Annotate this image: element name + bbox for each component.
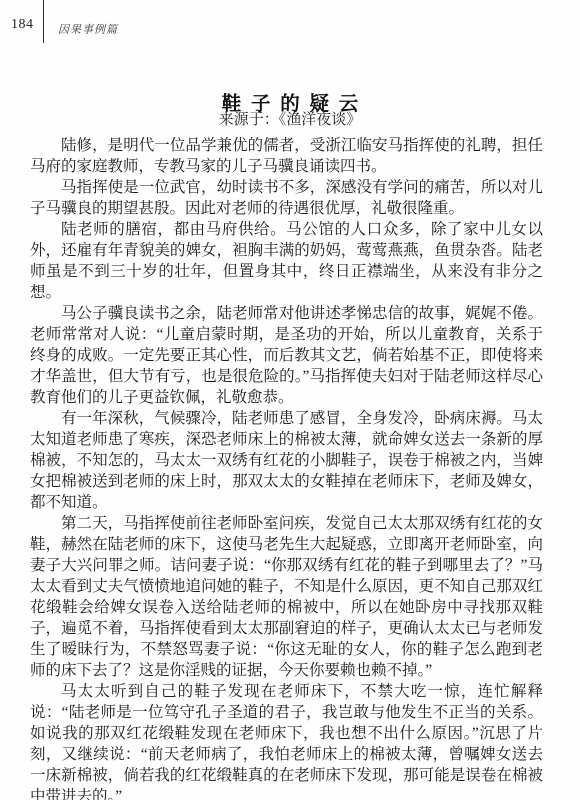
body-paragraph: 马太太听到自己的鞋子发现在老师床下，不禁大吃一惊，连忙解释说：“陆老师是一位笃守…: [30, 681, 543, 800]
chapter-running-head: 因果事例篇: [58, 21, 118, 37]
body-paragraph: 陆修，是明代一位品学兼优的儒者，受浙江临安马指挥使的礼聘，担任马府的家庭教师，专…: [30, 135, 543, 177]
book-page: 184 因果事例篇 鞋子的疑云 来源于：《渔洋夜谈》 陆修，是明代一位品学兼优的…: [0, 0, 580, 800]
body-paragraph: 第二天，马指挥使前往老师卧室问疾，发觉自己太太那双绣有红花的女鞋，赫然在陆老师的…: [30, 513, 543, 681]
body-paragraph: 有一年深秋，气候骤冷，陆老师患了感冒，全身发冷，卧病床褥。马太太知道老师患了寒疾…: [30, 408, 543, 513]
body-paragraph: 马公子骥良读书之余，陆老师常对他讲述孝悌忠信的故事，娓娓不倦。老师常常对人说：“…: [30, 303, 543, 408]
header-divider-rule: [43, 0, 44, 43]
page-number: 184: [11, 17, 35, 33]
article-source: 来源于：《渔洋夜谈》: [0, 108, 580, 129]
body-paragraph: 陆老师的膳宿，都由马府供给。马公馆的人口众多，除了家中儿女以外，还雇有年青貌美的…: [30, 219, 543, 303]
article-body: 陆修，是明代一位品学兼优的儒者，受浙江临安马指挥使的礼聘，担任马府的家庭教师，专…: [30, 135, 543, 800]
body-paragraph: 马指挥使是一位武官，幼时读书不多，深感没有学问的痛苦，所以对儿子马骥良的期望甚殷…: [30, 177, 543, 219]
